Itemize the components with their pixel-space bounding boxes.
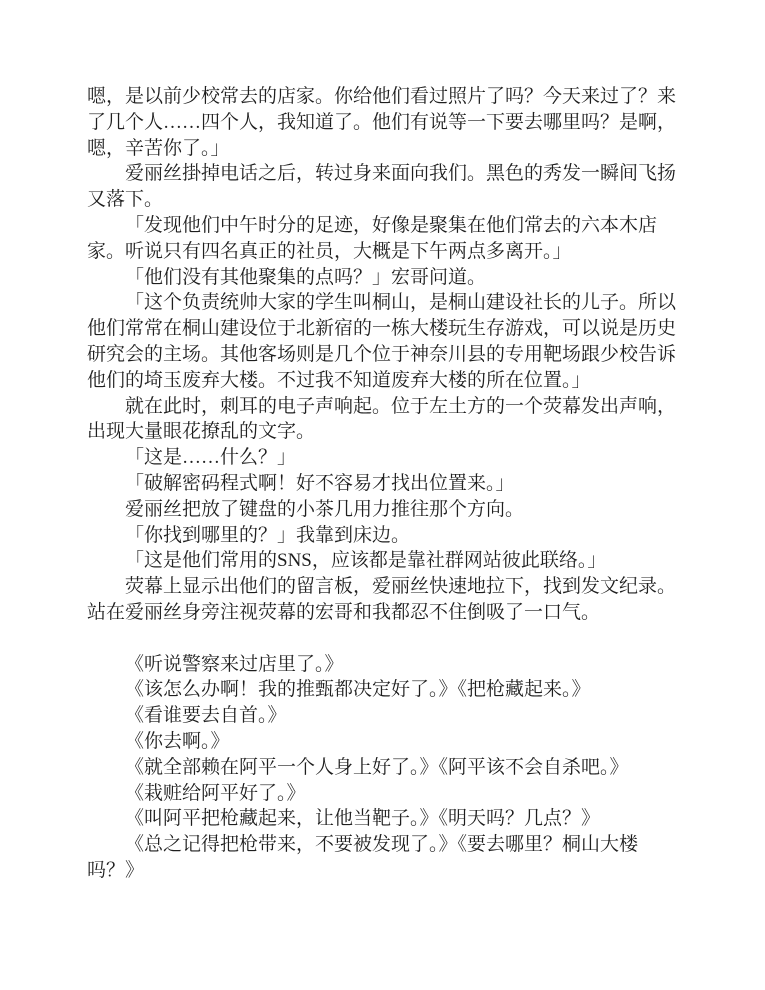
text-line: 他们的埼玉废弃大楼。不过我不知道废弃大楼的所在位置。」 [87,368,683,394]
text-line: 《看谁要去自首。》 [87,703,683,729]
text-line: 研究会的主场。其他客场则是几个位于神奈川县的专用靶场跟少校告诉 [87,342,683,368]
text-line: 《叫阿平把枪藏起来，让他当靶子。》《明天吗？几点？》 [87,806,683,832]
text-line: 嗯，辛苦你了。」 [87,136,683,162]
text-line: 《栽赃给阿平好了。》 [87,781,683,807]
text-line: 嗯，是以前少校常去的店家。你给他们看过照片了吗？今天来过了？来 [87,84,683,110]
text-line: 「这是他们常用的SNS，应该都是靠社群网站彼此联络。」 [87,548,683,574]
text-line: 就在此时，刺耳的电子声响起。位于左土方的一个荧幕发出声响， [87,394,683,420]
text-line: 了几个人……四个人，我知道了。他们有说等一下要去哪里吗？是啊， [87,110,683,136]
blank-line [87,626,683,652]
text-line: 爱丽丝掛掉电话之后，转过身来面向我们。黑色的秀发一瞬间飞扬 [87,161,683,187]
text-line: 又落下。 [87,187,683,213]
text-line: 「发现他们中午时分的足迹，好像是聚集在他们常去的六本木店 [87,213,683,239]
text-line: 「这是……什么？」 [87,445,683,471]
text-line: 《总之记得把枪带来，不要被发现了。》《要去哪里？桐山大楼 [87,832,683,858]
text-line: 站在爱丽丝身旁注视荧幕的宏哥和我都忍不住倒吸了一口气。 [87,600,683,626]
text-line: 「他们没有其他聚集的点吗？」宏哥问道。 [87,265,683,291]
novel-page: 嗯，是以前少校常去的店家。你给他们看过照片了吗？今天来过了？来了几个人……四个人… [0,0,765,990]
text-line: 《就全部赖在阿平一个人身上好了。》《阿平该不会自杀吧。》 [87,755,683,781]
text-line: 荧幕上显示出他们的留言板，爱丽丝快速地拉下，找到发文纪录。 [87,574,683,600]
text-line: 「这个负责统帅大家的学生叫桐山，是桐山建设社长的儿子。所以 [87,290,683,316]
text-line: 出现大量眼花撩乱的文字。 [87,419,683,445]
text-line: 吗？》 [87,858,683,884]
text-line: 《你去啊。》 [87,729,683,755]
text-line: 家。听说只有四名真正的社员，大概是下午两点多离开。」 [87,239,683,265]
text-line: 「你找到哪里的？」我靠到床边。 [87,523,683,549]
text-line: 《该怎么办啊！我的推甄都决定好了。》《把枪藏起来。》 [87,677,683,703]
text-line: 《听说警察来过店里了。》 [87,652,683,678]
text-line: 爱丽丝把放了键盘的小茶几用力推往那个方向。 [87,497,683,523]
novel-text-block: 嗯，是以前少校常去的店家。你给他们看过照片了吗？今天来过了？来了几个人……四个人… [87,84,683,884]
text-line: 他们常常在桐山建设位于北新宿的一栋大楼玩生存游戏，可以说是历史 [87,316,683,342]
text-line: 「破解密码程式啊！好不容易才找出位置来。」 [87,471,683,497]
